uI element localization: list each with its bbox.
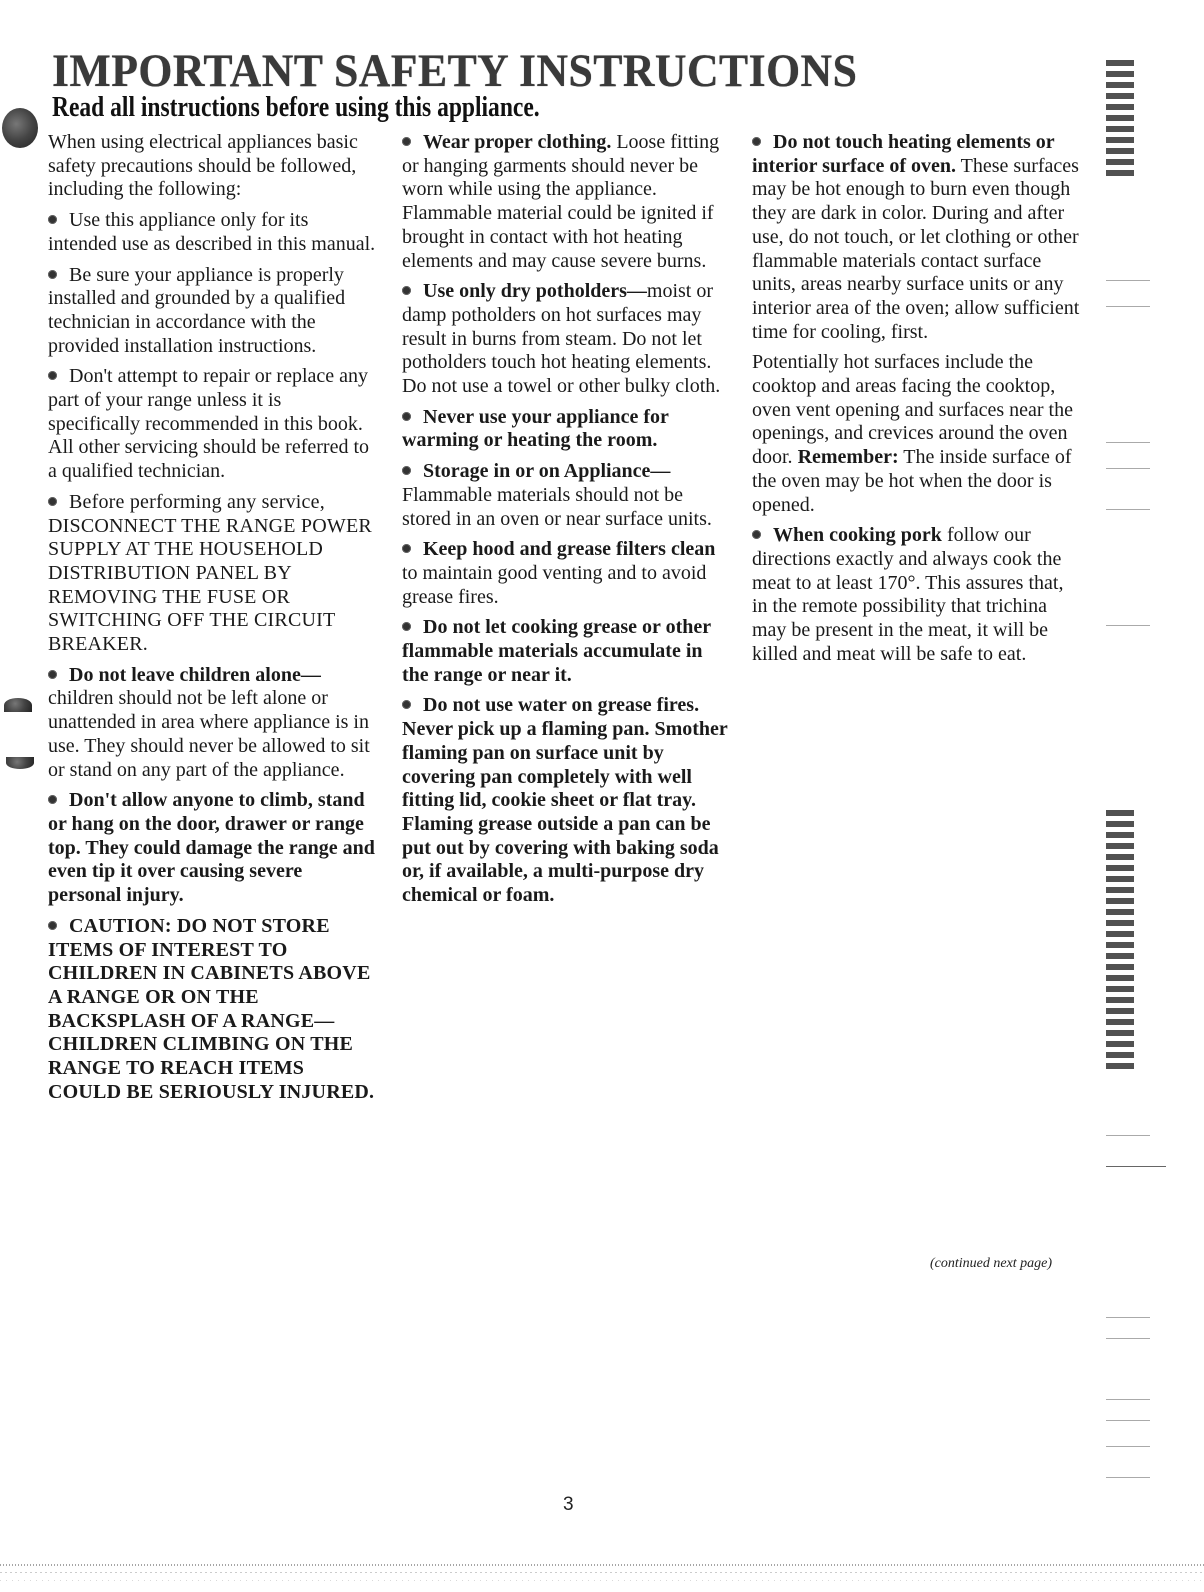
bullet-icon	[402, 544, 411, 553]
bullet-icon	[48, 270, 57, 279]
scan-artifact-right-top	[1106, 55, 1156, 181]
bullet-icon	[48, 497, 57, 506]
bullet-icon	[48, 215, 57, 224]
list-item: Use only dry potholders—moist or damp po…	[402, 280, 732, 399]
list-item: Storage in or on Appliance—Flammable mat…	[402, 460, 732, 531]
hot-surfaces-paragraph: Potentially hot surfaces include the coo…	[752, 351, 1082, 517]
bullet-icon	[48, 795, 57, 804]
intro-paragraph: When using electrical appliances basic s…	[48, 131, 378, 202]
bullet-icon	[402, 137, 411, 146]
list-item: Do not use water on grease fires. Never …	[402, 694, 732, 907]
list-item: Do not leave children alone—children sho…	[48, 664, 378, 783]
page-subtitle: Read all instructions before using this …	[52, 92, 540, 124]
bullet-icon	[402, 622, 411, 631]
scan-artifact-bottom	[0, 1560, 1204, 1592]
list-item: Never use your appliance for warming or …	[402, 406, 732, 453]
page-title: IMPORTANT SAFETY INSTRUCTIONS	[52, 44, 857, 98]
bullet-icon	[48, 921, 57, 930]
list-item: Don't attempt to repair or replace any p…	[48, 365, 378, 484]
bullet-icon	[752, 530, 761, 539]
column-2: Wear proper clothing. Loose fitting or h…	[402, 131, 732, 915]
binder-hole-bottom-half-icon	[6, 757, 34, 769]
column-3: Do not touch heating elements or interio…	[752, 131, 1082, 673]
list-item: Use this appliance only for its intended…	[48, 209, 378, 256]
scan-artifact-right-lines	[1106, 280, 1156, 634]
bullet-icon	[48, 670, 57, 679]
column-1: When using electrical appliances basic s…	[48, 131, 378, 1111]
list-item: Before performing any service, DISCONNEC…	[48, 491, 378, 657]
bullet-icon	[402, 286, 411, 295]
list-item: Be sure your appliance is properly insta…	[48, 264, 378, 359]
caution-item: CAUTION: DO NOT STORE ITEMS OF INTEREST …	[48, 915, 378, 1105]
list-item: Wear proper clothing. Loose fitting or h…	[402, 131, 732, 273]
list-item: Do not touch heating elements or interio…	[752, 131, 1082, 344]
page-number: 3	[563, 1494, 574, 1516]
scan-artifact-right-bottom	[1106, 1135, 1156, 1486]
continued-note: (continued next page)	[930, 1256, 1052, 1272]
scan-artifact-right-mid	[1106, 805, 1156, 1074]
list-item: When cooking pork follow our directions …	[752, 524, 1082, 666]
list-item: Don't allow anyone to climb, stand or ha…	[48, 789, 378, 908]
binder-hole-icon	[2, 108, 38, 148]
list-item: Do not let cooking grease or other flamm…	[402, 616, 732, 687]
list-item: Keep hood and grease filters clean to ma…	[402, 538, 732, 609]
bullet-icon	[402, 412, 411, 421]
bullet-icon	[752, 137, 761, 146]
bullet-icon	[402, 466, 411, 475]
binder-hole-top-half-icon	[4, 698, 32, 712]
remember-label: Remember:	[798, 446, 899, 468]
bullet-icon	[48, 371, 57, 380]
bullet-icon	[402, 700, 411, 709]
